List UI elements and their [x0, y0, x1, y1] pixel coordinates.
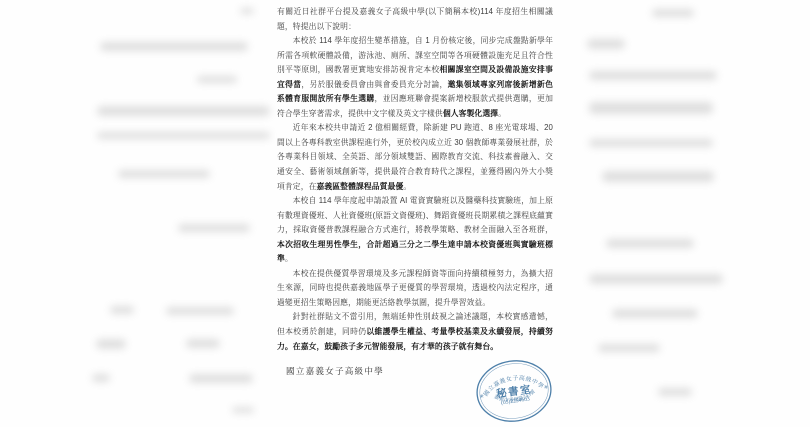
statement-text: 本校在提供優質學習環境及多元課程師資等面向持續積極努力，為擴大招生來源，同時也提…	[277, 269, 553, 307]
blurred-text-artifact	[97, 106, 270, 116]
statement-paragraph: 近年來本校共申請近 2 億相關經費，除新建 PU 跑道、8 座光電球場、20 間…	[277, 121, 553, 194]
blurred-text-artifact	[587, 39, 625, 49]
statement-text-bold: 嘉義區整體課程品質最優	[316, 182, 403, 191]
blurred-text-artifact	[658, 388, 692, 396]
statement-text: 本校自 114 學年度起申請設置 AI 電資實驗班以及醫藥科技實驗班，加上原有數…	[277, 196, 553, 234]
statement-text: ，另於服儀委員會由與會委員充分討論，	[301, 80, 447, 89]
statement-paragraph: 有關近日社群平台提及嘉義女子高級中學(以下簡稱本校)114 年度招生相關議題，特…	[277, 5, 553, 34]
blurred-text-artifact	[186, 339, 220, 348]
blurred-text-artifact	[97, 132, 270, 139]
statement-text: 有關近日社群平台提及嘉義女子高級中學(以下簡稱本校)114 年度招生相關議題，特…	[277, 7, 553, 31]
blurred-text-artifact	[232, 407, 254, 413]
statement-paragraph: 本校於 114 學年度招生變革措施，自 1 月份核定後，同步完成盤點新學年所需各…	[277, 34, 553, 121]
blurred-text-artifact	[189, 374, 253, 383]
blurred-text-artifact	[602, 171, 714, 182]
blurred-text-artifact	[96, 339, 126, 349]
blurred-text-artifact	[606, 239, 694, 248]
statement-text: 近年來本校共申請近 2 億相關經費，除新建 PU 跑道、8 座光電球場、20 間…	[277, 123, 553, 190]
statement-paragraph: 針對社群貼文不當引用，無端延伸性別歧視之論述議題，本校實感遺憾，但本校勇於創建，…	[277, 310, 553, 354]
blurred-text-artifact	[612, 309, 698, 318]
statement-text: 。	[403, 182, 411, 191]
statement-text: 。	[498, 109, 506, 118]
blurred-text-artifact	[589, 71, 717, 80]
blurred-text-artifact	[589, 274, 723, 284]
blurred-text-artifact	[598, 344, 660, 352]
statement-paragraph: 本校在提供優質學習環境及多元課程師資等面向持續積極努力，為擴大招生來源，同時也提…	[277, 267, 553, 311]
statement-text: 。	[285, 254, 293, 263]
statement-text-bold: 本次招收生理男性學生，合計超過三分之二學生達申請本校資優班與實驗班標準	[277, 240, 553, 264]
blurred-text-artifact	[166, 307, 234, 315]
blurred-text-artifact	[589, 102, 713, 114]
blurred-text-artifact	[100, 42, 248, 51]
blurred-text-artifact	[240, 8, 254, 14]
statement-body: 有關近日社群平台提及嘉義女子高級中學(以下簡稱本校)114 年度招生相關議題，特…	[277, 5, 553, 354]
stamp-right-star-icon: ✳	[543, 384, 549, 392]
blurred-text-artifact	[178, 224, 250, 232]
statement-paragraph: 本校自 114 學年度起申請設置 AI 電資實驗班以及醫藥科技實驗班，加上原有數…	[277, 194, 553, 267]
blurred-text-artifact	[589, 139, 713, 147]
statement-text-bold: 個人客製化選擇	[443, 109, 498, 118]
blurred-text-artifact	[652, 9, 694, 17]
secretary-office-stamp: 國立嘉義女子高級中學 秘書室 (05)2254603 嘉義市垂楊路243號 ✳ …	[471, 354, 557, 427]
blurred-text-artifact	[110, 306, 134, 314]
blurred-text-artifact	[118, 170, 210, 178]
blurred-text-artifact	[92, 374, 110, 382]
official-statement-document: 有關近日社群平台提及嘉義女子高級中學(以下簡稱本校)114 年度招生相關議題，特…	[277, 5, 553, 379]
blurred-text-artifact	[197, 76, 237, 83]
